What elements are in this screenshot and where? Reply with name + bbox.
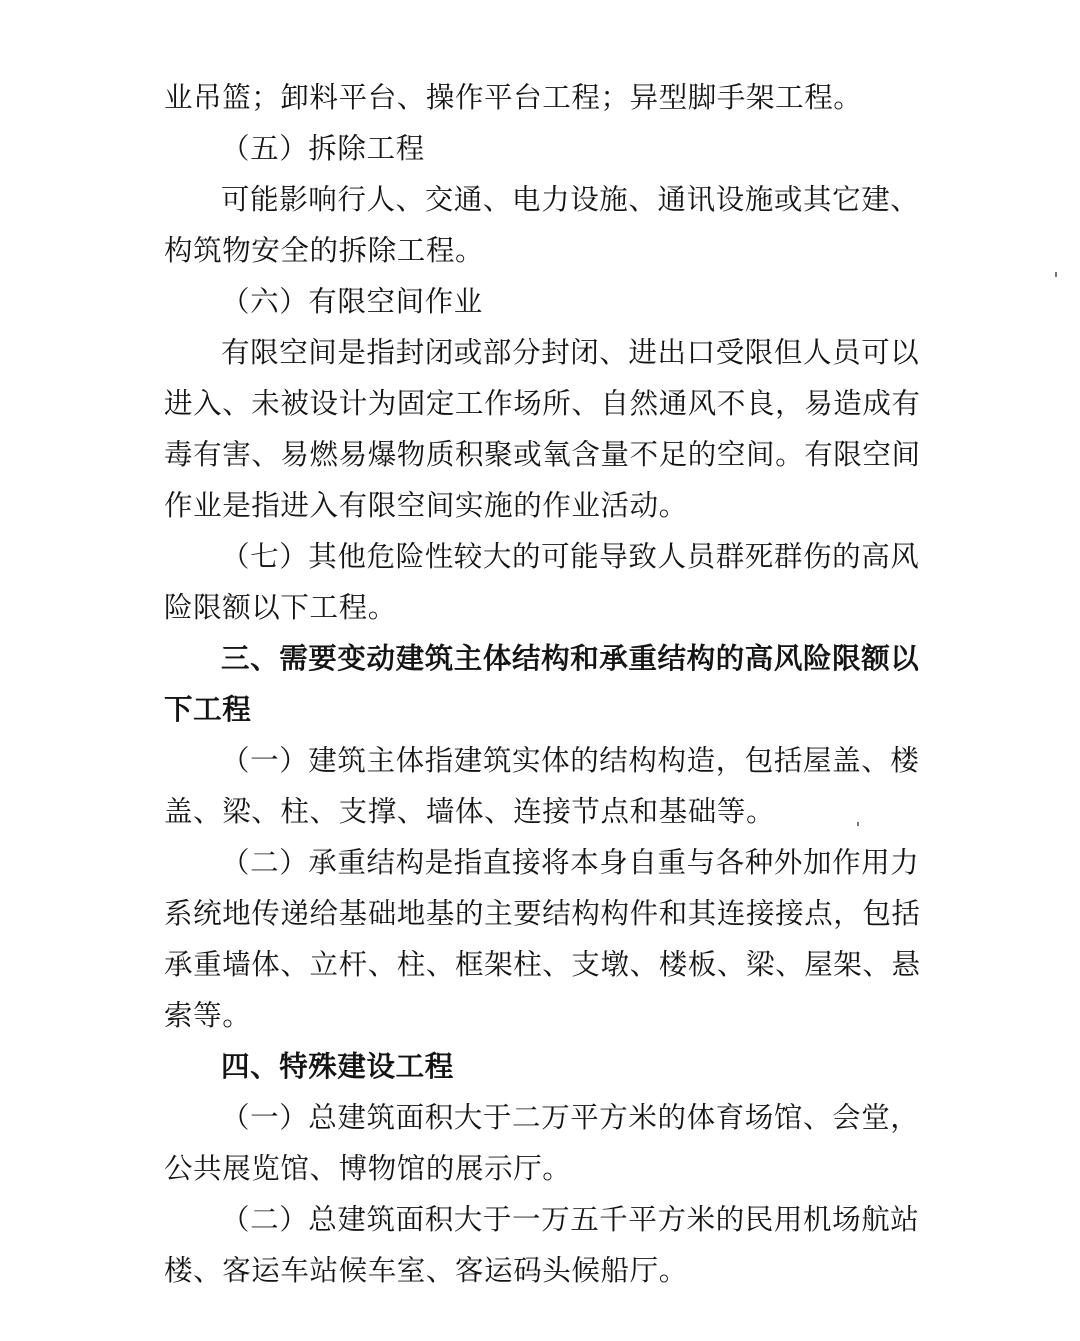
paragraph-line: 盖、梁、柱、支撑、墙体、连接节点和基础等。 [164, 786, 916, 837]
paragraph-line: 有限空间是指封闭或部分封闭、进出口受限但人员可以 [164, 327, 916, 378]
paragraph-line: 险限额以下工程。 [164, 582, 916, 633]
subsection-heading-6-confined-space: （六）有限空间作业 [164, 276, 916, 327]
paragraph-line: 楼、客运车站候车室、客运码头候船厅。 [164, 1245, 916, 1296]
subsection-1-large-venues: （一）总建筑面积大于二万平方米的体育场馆、会堂， [164, 1092, 916, 1143]
paragraph-line: 毒有害、易燃易爆物质积聚或氧含量不足的空间。有限空间 [164, 429, 916, 480]
subsection-2-transport-terminals: （二）总建筑面积大于一万五千平方米的民用机场航站 [164, 1194, 916, 1245]
subsection-7-other-high-risk: （七）其他危险性较大的可能导致人员群死群伤的高风 [164, 531, 916, 582]
section-heading-3-continued: 下工程 [164, 684, 916, 735]
subsection-2-load-bearing: （二）承重结构是指直接将本身自重与各种外加作用力 [164, 837, 916, 888]
paragraph-line: 作业是指进入有限空间实施的作业活动。 [164, 480, 916, 531]
paragraph-line: 可能影响行人、交通、电力设施、通讯设施或其它建、 [164, 174, 916, 225]
scan-speck [857, 822, 859, 826]
section-heading-3: 三、需要变动建筑主体结构和承重结构的高风险限额以 [164, 633, 916, 684]
paragraph-line: 承重墙体、立杆、柱、框架柱、支墩、楼板、梁、屋架、悬 [164, 939, 916, 990]
scan-speck [1055, 272, 1057, 277]
document-page: 业吊篮；卸料平台、操作平台工程；异型脚手架工程。 （五）拆除工程 可能影响行人、… [164, 72, 916, 1296]
paragraph-line: 索等。 [164, 990, 916, 1041]
paragraph-line: 公共展览馆、博物馆的展示厅。 [164, 1143, 916, 1194]
subsection-heading-5-demolition: （五）拆除工程 [164, 123, 916, 174]
paragraph-line: 构筑物安全的拆除工程。 [164, 225, 916, 276]
paragraph-line: 进入、未被设计为固定工作场所、自然通风不良，易造成有 [164, 378, 916, 429]
paragraph-line: 系统地传递给基础地基的主要结构构件和其连接接点，包括 [164, 888, 916, 939]
paragraph-line: 业吊篮；卸料平台、操作平台工程；异型脚手架工程。 [164, 72, 916, 123]
section-heading-4: 四、特殊建设工程 [164, 1041, 916, 1092]
subsection-1-main-structure: （一）建筑主体指建筑实体的结构构造，包括屋盖、楼 [164, 735, 916, 786]
